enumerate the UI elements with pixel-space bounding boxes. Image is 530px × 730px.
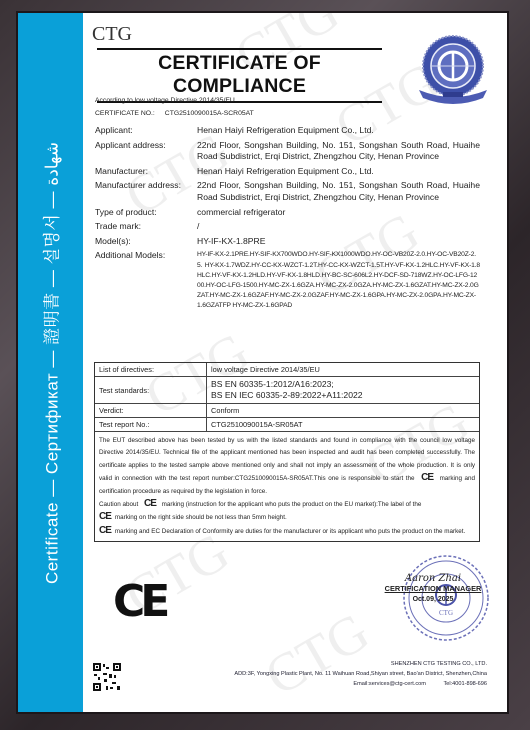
sidebar-text: Certificate — Сертификат — 證明書 — 설명서 — ش… bbox=[38, 141, 63, 583]
table-row: Verdict: Conform bbox=[95, 404, 479, 418]
footer: SHENZHEN CTG TESTING CO., LTD. ADD:3F, Y… bbox=[234, 659, 487, 690]
certificate-fields: Applicant: Henan Haiyi Refrigeration Equ… bbox=[95, 125, 480, 315]
page-title: CERTIFICATE OF COMPLIANCE bbox=[97, 52, 382, 98]
signature: Aaron Zhai bbox=[383, 573, 483, 584]
field-label: Applicant: bbox=[95, 125, 197, 137]
compliance-statement: The EUT described above has been tested … bbox=[95, 432, 479, 541]
field-value: / bbox=[197, 221, 480, 233]
ctg-seal-icon bbox=[413, 30, 493, 110]
field-value: 22nd Floor, Songshan Building, No. 151, … bbox=[197, 140, 480, 163]
field-label: Additional Models: bbox=[95, 250, 197, 311]
field-label: Type of product: bbox=[95, 207, 197, 219]
field-trade-mark: Trade mark: / bbox=[95, 221, 480, 233]
field-applicant: Applicant: Henan Haiyi Refrigeration Equ… bbox=[95, 125, 480, 137]
field-value: 22nd Floor, Songshan Building, No. 151, … bbox=[197, 180, 480, 203]
caution-line-2: marking on the right side should be not … bbox=[115, 514, 287, 521]
field-manufacturer: Manufacturer: Henan Haiyi Refrigeration … bbox=[95, 166, 480, 178]
certificate-frame: Certificate — Сертификат — 證明書 — 설명서 — ش… bbox=[18, 13, 507, 712]
signature-block: Aaron Zhai CERTIFICATION MANAGER Oct.09,… bbox=[383, 573, 483, 603]
multilingual-sidebar: Certificate — Сертификат — 證明書 — 설명서 — ش… bbox=[18, 13, 83, 712]
statement-text: The EUT described above has been tested … bbox=[99, 437, 475, 482]
ce-mark-icon: CE bbox=[99, 511, 111, 522]
table-value: BS EN 60335-1:2012/A16:2023; BS EN IEC 6… bbox=[207, 377, 479, 403]
table-label: List of directives: bbox=[95, 363, 207, 376]
field-models: Model(s): HY-IF-KX-1.8PRE bbox=[95, 236, 480, 248]
cert-no-value: CTG2510090015A-SCR05AT bbox=[165, 110, 254, 117]
table-row: Test report No.: CTG2510090015A-SR05AT bbox=[95, 418, 479, 432]
footer-contact: Email:services@ctg-cert.com Tel:4001-898… bbox=[234, 679, 487, 689]
standard-1: BS EN 60335-1:2012/A16:2023; bbox=[211, 379, 475, 390]
footer-company: SHENZHEN CTG TESTING CO., LTD. bbox=[234, 659, 487, 669]
field-product-type: Type of product: commercial refrigerator bbox=[95, 207, 480, 219]
table-value: low voltage Directive 2014/35/EU bbox=[207, 363, 479, 376]
field-additional-models: Additional Models: HY-IF-KX-2.1PRE.HY-SI… bbox=[95, 250, 480, 311]
footer-address: ADD:3F, Yongxing Plastic Plant, No. 11 W… bbox=[234, 669, 487, 679]
field-value: commercial refrigerator bbox=[197, 207, 480, 219]
field-label: Applicant address: bbox=[95, 140, 197, 163]
field-manufacturer-address: Manufacturer address: 22nd Floor, Songsh… bbox=[95, 180, 480, 203]
signer-role: CERTIFICATION MANAGER bbox=[383, 584, 483, 593]
footer-email[interactable]: Email:services@ctg-cert.com bbox=[353, 681, 426, 687]
directive-line: According to low voltage Directive 2014/… bbox=[95, 97, 235, 104]
ce-mark-icon: CE bbox=[99, 525, 111, 536]
field-value: HY-IF-KX-1.8PRE bbox=[197, 236, 480, 248]
caution-text: Caution about bbox=[99, 501, 138, 508]
brand-logo: CTG bbox=[92, 23, 132, 46]
table-row: List of directives: low voltage Directiv… bbox=[95, 363, 479, 377]
table-value: CTG2510090015A-SR05AT bbox=[207, 418, 479, 431]
standard-2: BS EN IEC 60335-2-89:2022+A11:2022 bbox=[211, 390, 475, 401]
ce-mark-icon: CE bbox=[144, 498, 156, 509]
field-value: Henan Haiyi Refrigeration Equipment Co.,… bbox=[197, 166, 480, 178]
watermark: CTG bbox=[255, 600, 380, 708]
table-label: Verdict: bbox=[95, 404, 207, 417]
cert-no-label: CERTIFICATE NO.: bbox=[95, 110, 155, 117]
field-label: Model(s): bbox=[95, 236, 197, 248]
ce-mark-large-icon: CE bbox=[113, 576, 165, 627]
table-label: Test report No.: bbox=[95, 418, 207, 431]
title-block: CERTIFICATE OF COMPLIANCE bbox=[97, 48, 382, 103]
caution-end: marking (instruction for the applicant w… bbox=[162, 501, 422, 508]
footer-tel: Tel:4001-898-696 bbox=[443, 681, 487, 687]
caution-line-3: marking and EC Declaration of Conformity… bbox=[115, 528, 465, 535]
ce-mark-icon: CE bbox=[421, 472, 433, 483]
field-label: Trade mark: bbox=[95, 221, 197, 233]
qr-code-icon[interactable] bbox=[92, 662, 122, 692]
table-row: Test standards: BS EN 60335-1:2012/A16:2… bbox=[95, 377, 479, 404]
field-value: Henan Haiyi Refrigeration Equipment Co.,… bbox=[197, 125, 480, 137]
field-applicant-address: Applicant address: 22nd Floor, Songshan … bbox=[95, 140, 480, 163]
field-label: Manufacturer: bbox=[95, 166, 197, 178]
certificate-paper: CTG CTG CTG CTG CTG CTG CTG CTG CTG CERT… bbox=[83, 13, 507, 712]
svg-text:CTG: CTG bbox=[439, 609, 453, 617]
table-value: Conform bbox=[207, 404, 479, 417]
issue-date: Oct.09, 2025 bbox=[383, 596, 483, 603]
compliance-table: List of directives: low voltage Directiv… bbox=[94, 362, 480, 542]
field-label: Manufacturer address: bbox=[95, 180, 197, 203]
certificate-number: CERTIFICATE NO.:CTG2510090015A-SCR05AT bbox=[95, 110, 254, 117]
table-label: Test standards: bbox=[95, 377, 207, 403]
field-value: HY-IF-KX-2.1PRE.HY-SIF-KX700WDO.HY-SIF-K… bbox=[197, 250, 480, 311]
